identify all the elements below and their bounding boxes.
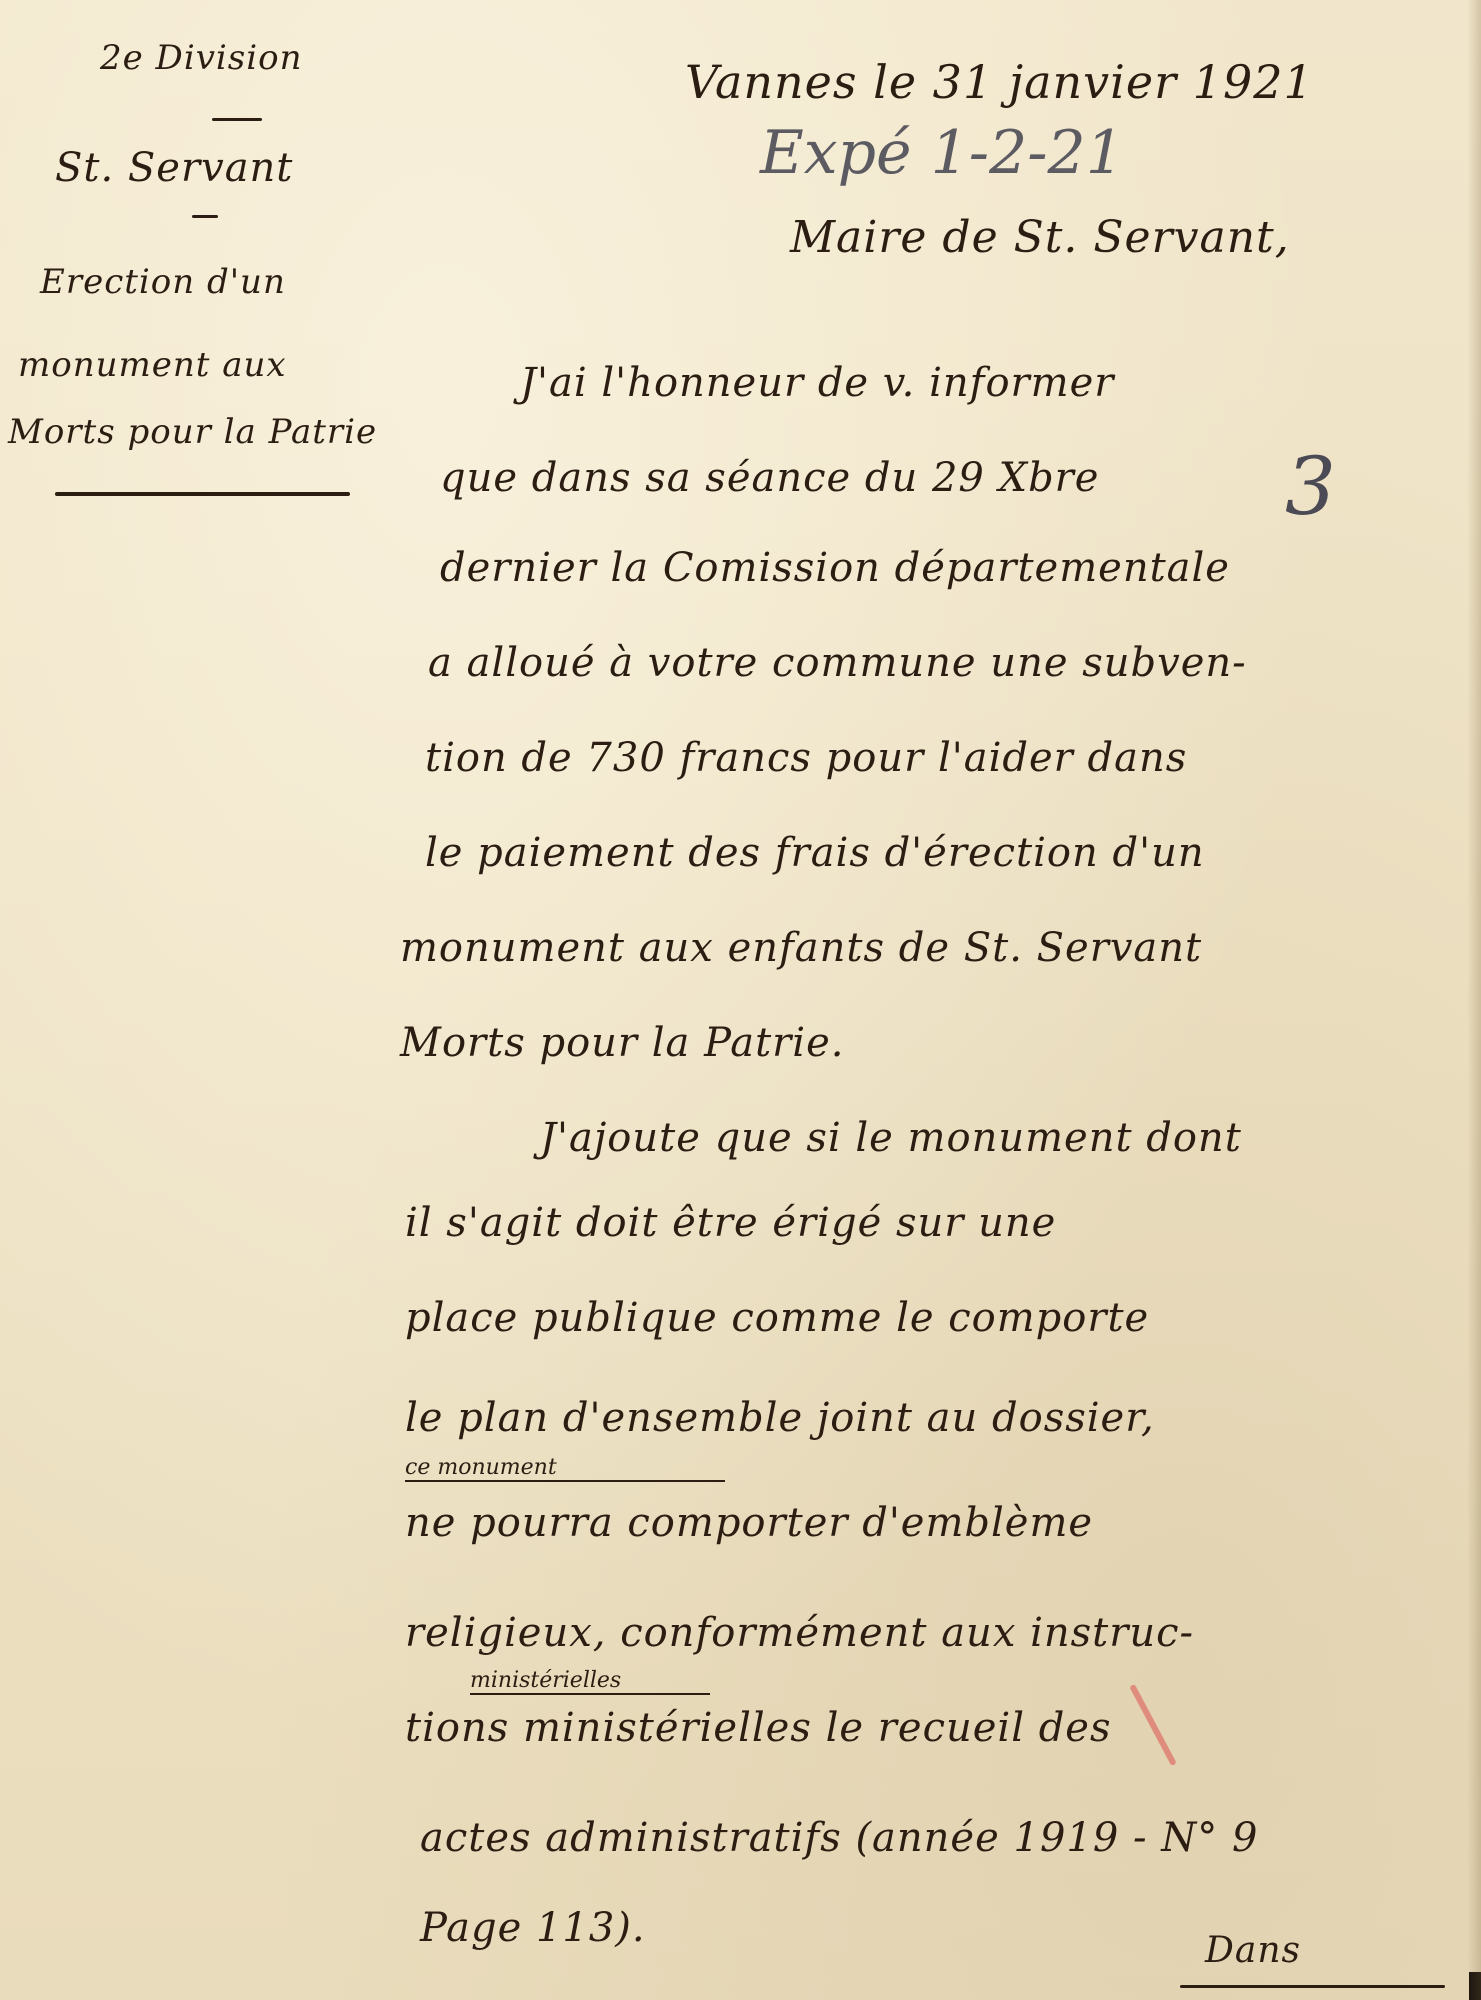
body-line-13: ne pourra comporter d'emblème xyxy=(405,1500,1093,1546)
body-line-1: J'ai l'honneur de v. informer xyxy=(520,360,1114,406)
margin-underline xyxy=(55,492,350,496)
margin-subject-line-3: Morts pour la Patrie xyxy=(8,412,377,452)
body-line-3: dernier la Comission départementale xyxy=(440,545,1230,591)
pencil-dispatch-annotation: Expé 1-2-21 xyxy=(760,118,1124,188)
margin-divider-1 xyxy=(212,118,262,121)
body-line-6: le paiement des frais d'érection d'un xyxy=(425,830,1205,876)
body-line-12: le plan d'ensemble joint au dossier, xyxy=(405,1395,1155,1441)
pencil-correction-digit: 3 xyxy=(1285,440,1336,533)
body-line-14: religieux, conformément aux instruc- xyxy=(405,1610,1194,1656)
body-line-9: J'ajoute que si le monument dont xyxy=(540,1115,1242,1161)
body-line-5: tion de 730 francs pour l'aider dans xyxy=(425,735,1187,781)
body-line-16: actes administratifs (année 1919 - N° 9 xyxy=(420,1815,1258,1861)
body-line-2: que dans sa séance du 29 Xbre xyxy=(440,455,1099,501)
margin-divider-2 xyxy=(192,215,218,218)
body-line-4: a alloué à votre commune une subven- xyxy=(428,640,1247,686)
body-line-17: Page 113). xyxy=(420,1905,646,1951)
page-corner-shadow xyxy=(1469,1972,1481,2000)
margin-subject-line-1: Erection d'un xyxy=(40,262,286,302)
margin-division: 2e Division xyxy=(100,38,302,78)
catchword: Dans xyxy=(1205,1930,1301,1971)
margin-commune: St. Servant xyxy=(55,145,293,191)
body-line-15: tions ministérielles le recueil des xyxy=(405,1705,1112,1751)
margin-subject-line-2: monument aux xyxy=(18,345,287,385)
body-line-11: place publique comme le comporte xyxy=(405,1295,1149,1341)
addressee: Maire de St. Servant, xyxy=(790,212,1290,263)
body-line-10: il s'agit doit être érigé sur une xyxy=(405,1200,1056,1246)
body-line-8: Morts pour la Patrie. xyxy=(400,1020,844,1066)
red-correction-mark xyxy=(1129,1684,1177,1766)
inserted-text-ministerielles: ministérielles xyxy=(470,1668,710,1695)
body-line-7: monument aux enfants de St. Servant xyxy=(400,925,1202,971)
inserted-text-ce-monument: ce monument xyxy=(405,1455,725,1482)
place-date: Vannes le 31 janvier 1921 xyxy=(685,55,1314,109)
letter-page: 2e Division St. Servant Erection d'un mo… xyxy=(0,0,1481,2000)
catchword-underline xyxy=(1180,1985,1445,1988)
